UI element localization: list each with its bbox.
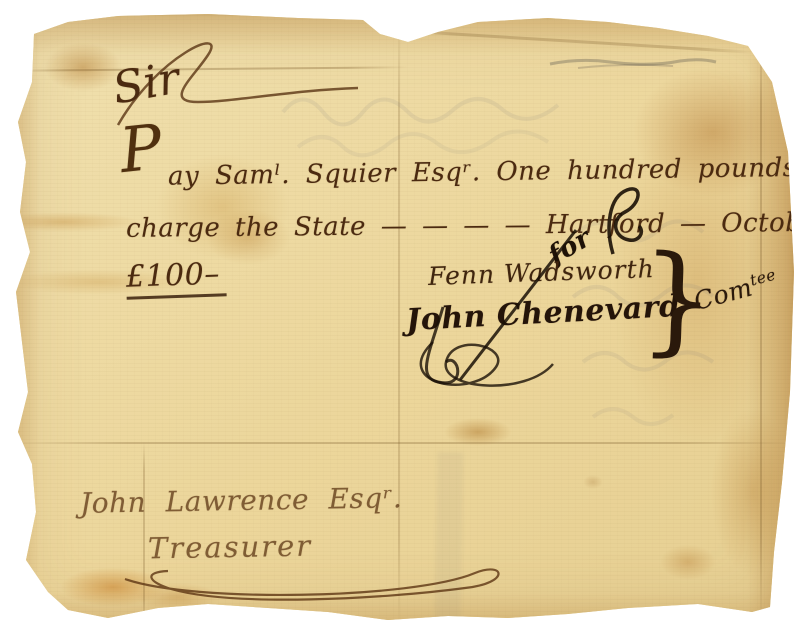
charge-text: charge the State xyxy=(126,212,366,244)
committee-superscript: tee xyxy=(748,265,778,289)
scanned-document-photo: Sir P ay Samˡ. Squier Esqʳ. One hundred … xyxy=(0,0,800,638)
paper-document: Sir P ay Samˡ. Squier Esqʳ. One hundred … xyxy=(8,12,795,628)
order-line-text: ay Samˡ. Squier Esqʳ. One hundred pounds… xyxy=(168,150,800,191)
order-line-initial: P xyxy=(116,110,166,187)
amount-text: £100– xyxy=(125,256,226,299)
addressee-name: John Lawrence Esqʳ. xyxy=(80,481,403,520)
treasurer-flourish xyxy=(113,557,523,612)
